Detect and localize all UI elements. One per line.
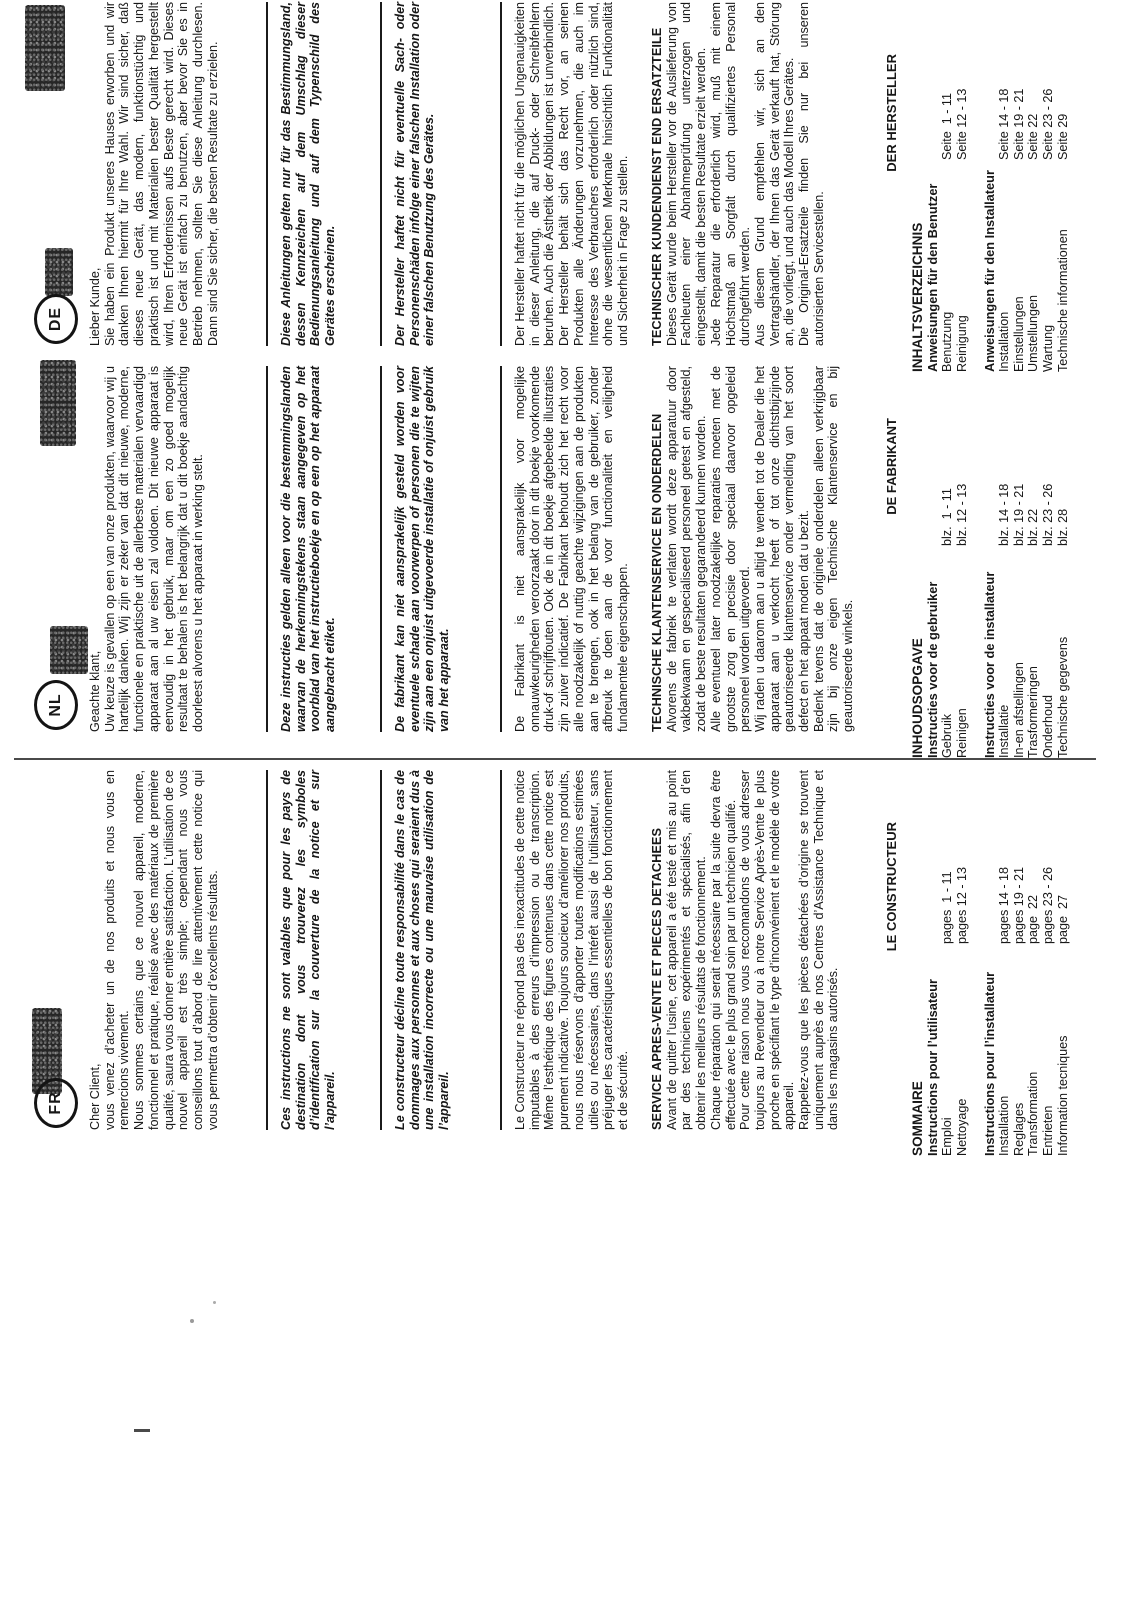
de-salutation: Lieber Kunde, xyxy=(88,2,103,346)
toc-row: In-en afstellingen blz. 19 - 21 xyxy=(1012,406,1027,758)
toc-item-label: Installatie xyxy=(997,546,1012,758)
toc-item-pages: Seite 14 - 18 xyxy=(997,89,1012,160)
toc-item-pages: pages 23 - 26 xyxy=(1041,867,1056,944)
toc-row: Trasformeringen blz. 22 xyxy=(1026,406,1041,758)
nl-note-accuracy-block: De Fabrikant is niet aansprakelijk voor … xyxy=(513,366,631,732)
de-note-accuracy: Der Hersteller haftet nicht für die mögl… xyxy=(513,2,631,346)
fr-note-accuracy: Le Constructeur ne répond pas des inexac… xyxy=(513,770,631,1130)
toc-item-label: In-en afstellingen xyxy=(1012,546,1027,758)
toc-item-label: Nettoyage xyxy=(955,944,970,1156)
toc-item-label: Umstellungen xyxy=(1026,160,1041,372)
de-intro-text: Sie haben ein Produkt unseres Hauses erw… xyxy=(103,2,221,346)
toc-row: Installatie blz. 14 - 18 xyxy=(997,406,1012,758)
de-intro-block: Lieber Kunde, Sie haben ein Produkt unse… xyxy=(88,2,220,346)
toc-item-label: Technische informationen xyxy=(1056,160,1071,372)
de-note-accuracy-block: Der Hersteller haftet nicht für die mögl… xyxy=(513,2,631,346)
nl-note-destination: Deze instructies gelden alleen voor die … xyxy=(279,366,338,732)
toc-item-label: Installation xyxy=(997,944,1012,1156)
fr-intro-text: vous venez d’acheter un de nos produits … xyxy=(103,770,221,1130)
toc-item-pages: pages 14 - 18 xyxy=(997,867,1012,944)
fr-service-body: Avant de quitter l’usine, cet appareil a… xyxy=(665,770,841,1130)
fr-toc: SOMMAIRE Instructions pour l’utilisateur… xyxy=(910,804,1070,1156)
toc-item-label: Benutzung xyxy=(940,160,955,372)
toc-item-pages: blz. 12 - 13 xyxy=(955,484,970,546)
de-toc-title: INHALTSVERZEICHNIS xyxy=(910,20,925,372)
nl-salutation: Geachte klant, xyxy=(88,366,103,732)
rule xyxy=(266,366,268,732)
language-code: NL xyxy=(47,693,65,716)
nl-intro-text: Uw keuze is gevallen op een van onze pro… xyxy=(103,366,206,732)
section-de: DE Lieber Kunde, Sie haben ein Produkt u… xyxy=(0,2,1131,346)
toc-item-label: Installation xyxy=(997,160,1012,372)
fr-toc-installer-heading: Instructions pour l’installateur xyxy=(982,804,997,1156)
rule xyxy=(380,2,382,346)
de-toc: INHALTSVERZEICHNIS Anweisungen für den B… xyxy=(910,20,1070,372)
de-note-destination-block: Diese Anleitungen gelten nur für das Bes… xyxy=(279,2,338,346)
toc-item-pages: blz. 19 - 21 xyxy=(1012,484,1027,546)
fr-intro-block: Cher Client, vous venez d’acheter un de … xyxy=(88,770,220,1130)
fr-toc-title: SOMMAIRE xyxy=(910,804,925,1156)
toc-row: Emploi pages 1 - 11 xyxy=(940,804,955,1156)
fr-note-destination: Ces instructions ne sont valables que po… xyxy=(279,770,338,1130)
rule xyxy=(500,770,502,1130)
toc-row: Technische gegevens blz. 28 xyxy=(1056,406,1071,758)
rule xyxy=(500,366,502,732)
toc-item-pages: pages 1 - 11 xyxy=(940,871,955,944)
toc-item-pages: blz. 28 xyxy=(1056,509,1071,546)
toc-item-label: Trasformeringen xyxy=(1026,546,1041,758)
toc-row: Reinigung Seite 12 - 13 xyxy=(955,20,970,372)
toc-item-pages: Seite 19 - 21 xyxy=(1012,89,1027,160)
toc-item-pages: Seite 12 - 13 xyxy=(955,89,970,160)
de-signature: DER HERSTELLER xyxy=(884,2,899,346)
language-code: DE xyxy=(47,307,65,331)
toc-row: Onderhoud blz. 23 - 26 xyxy=(1041,406,1056,758)
fr-toc-user-heading: Instructions pour l’utilisateur xyxy=(925,804,940,1156)
toc-item-label: Wartung xyxy=(1041,160,1056,372)
toc-item-pages: Seite 22 xyxy=(1026,114,1041,160)
fr-note-liability: Le constructeur décline toute responsabi… xyxy=(393,770,452,1130)
toc-row: Entrieten pages 23 - 26 xyxy=(1041,804,1056,1156)
nl-service-heading: TECHNISCHE KLANTENSERVICE EN ONDERDELEN xyxy=(650,366,665,732)
toc-item-label: Einstellungen xyxy=(1012,160,1027,372)
scan-artifact-speck xyxy=(213,1301,216,1304)
toc-item-label: Transformation xyxy=(1026,944,1041,1156)
toc-row: Transformation page 22 xyxy=(1026,804,1041,1156)
fr-salutation: Cher Client, xyxy=(88,770,103,1130)
nl-toc: INHOUDSOPGAVE Instructies voor de gebrui… xyxy=(910,406,1070,758)
section-fr: FR Cher Client, vous venez d’acheter un … xyxy=(0,770,1131,1130)
toc-item-label: Information tecniques xyxy=(1056,944,1071,1156)
nl-service-block: TECHNISCHE KLANTENSERVICE EN ONDERDELEN … xyxy=(650,366,856,732)
nl-toc-user-heading: Instructies voor de gebruiker xyxy=(925,406,940,758)
toc-item-label: Reinigung xyxy=(955,160,970,372)
nl-note-liability: De fabrikant kan niet aansprakelijk gest… xyxy=(393,366,452,732)
toc-row: Gebruik blz. 1 - 11 xyxy=(940,406,955,758)
nl-toc-installer-heading: Instructies voor de installateur xyxy=(982,406,997,758)
de-service-block: TECHNISCHER KUNDENDIENST END ERSATZTEILE… xyxy=(650,2,826,346)
toc-row: Installation Seite 14 - 18 xyxy=(997,20,1012,372)
fr-note-destination-block: Ces instructions ne sont valables que po… xyxy=(279,770,338,1130)
de-service-heading: TECHNISCHER KUNDENDIENST END ERSATZTEILE xyxy=(650,2,665,346)
fr-signature: LE CONSTRUCTEUR xyxy=(884,770,899,1130)
rule xyxy=(380,770,382,1130)
toc-item-pages: page 27 xyxy=(1056,895,1071,944)
fr-note-accuracy-block: Le Constructeur ne répond pas des inexac… xyxy=(513,770,631,1130)
toc-row: Technische informationen Seite 29 xyxy=(1056,20,1071,372)
nl-toc-title: INHOUDSOPGAVE xyxy=(910,406,925,758)
scan-artifact-speck xyxy=(190,1319,194,1323)
nl-service-body: Alvorens de fabriek te verlaten wordt de… xyxy=(665,366,856,732)
toc-item-pages: Seite 1 - 11 xyxy=(940,93,955,160)
fr-service-heading: SERVICE APRES-VENTE ET PIECES DETACHEES xyxy=(650,770,665,1130)
toc-item-pages: pages 19 - 21 xyxy=(1012,867,1027,944)
toc-row: Reinigen blz. 12 - 13 xyxy=(955,406,970,758)
language-badge-fr: FR xyxy=(34,1078,78,1128)
section-nl: NL Geachte klant, Uw keuze is gevallen o… xyxy=(0,366,1131,732)
toc-item-label: Gebruik xyxy=(940,546,955,758)
toc-item-label: Technische gegevens xyxy=(1056,546,1071,758)
nl-intro-block: Geachte klant, Uw keuze is gevallen op e… xyxy=(88,366,206,732)
scanned-manual-page: FR Cher Client, vous venez d’acheter un … xyxy=(0,0,1131,1600)
toc-item-label: Entrieten xyxy=(1041,944,1056,1156)
toc-row: Installation pages 14 - 18 xyxy=(997,804,1012,1156)
toc-item-pages: blz. 23 - 26 xyxy=(1041,484,1056,546)
fr-note-liability-block: Le constructeur décline toute responsabi… xyxy=(393,770,452,1130)
toc-item-pages: page 22 xyxy=(1026,895,1041,944)
toc-item-pages: blz. 1 - 11 xyxy=(940,488,955,546)
language-badge-nl: NL xyxy=(34,680,78,730)
language-badge-de: DE xyxy=(34,294,78,344)
de-note-liability: Der Hersteller haftet nicht für eventuel… xyxy=(393,2,437,346)
de-note-liability-block: Der Hersteller haftet nicht für eventuel… xyxy=(393,2,437,346)
toc-row: Information tecniques page 27 xyxy=(1056,804,1071,1156)
rotated-landscape-content: FR Cher Client, vous venez d’acheter un … xyxy=(0,0,1131,1600)
toc-item-label: Reglages xyxy=(1012,944,1027,1156)
column-separator-rule xyxy=(14,758,1096,760)
toc-row: Wartung Seite 23 - 26 xyxy=(1041,20,1056,372)
de-note-destination: Diese Anleitungen gelten nur für das Bes… xyxy=(279,2,338,346)
toc-item-pages: blz. 14 - 18 xyxy=(997,484,1012,546)
language-code: FR xyxy=(47,1091,65,1114)
de-toc-user-heading: Anweisungen für den Benutzer xyxy=(925,20,940,372)
toc-row: Umstellungen Seite 22 xyxy=(1026,20,1041,372)
nl-note-accuracy: De Fabrikant is niet aansprakelijk voor … xyxy=(513,366,631,732)
rule xyxy=(266,770,268,1130)
nl-note-destination-block: Deze instructies gelden alleen voor die … xyxy=(279,366,338,732)
toc-item-pages: Seite 23 - 26 xyxy=(1041,89,1056,160)
toc-row: Reglages pages 19 - 21 xyxy=(1012,804,1027,1156)
toc-row: Benutzung Seite 1 - 11 xyxy=(940,20,955,372)
toc-row: Einstellungen Seite 19 - 21 xyxy=(1012,20,1027,372)
scan-artifact-dash xyxy=(134,1429,150,1432)
toc-row: Nettoyage pages 12 - 13 xyxy=(955,804,970,1156)
toc-item-label: Reinigen xyxy=(955,546,970,758)
toc-item-pages: Seite 29 xyxy=(1056,114,1071,160)
nl-signature: DE FABRIKANT xyxy=(884,366,899,732)
de-toc-installer-heading: Anweisungen für den Installateur xyxy=(982,20,997,372)
toc-item-pages: pages 12 - 13 xyxy=(955,867,970,944)
rule xyxy=(500,2,502,346)
toc-item-label: Onderhoud xyxy=(1041,546,1056,758)
nl-note-liability-block: De fabrikant kan niet aansprakelijk gest… xyxy=(393,366,452,732)
toc-item-label: Emploi xyxy=(940,944,955,1156)
fr-service-block: SERVICE APRES-VENTE ET PIECES DETACHEES … xyxy=(650,770,841,1130)
rule xyxy=(380,366,382,732)
rule xyxy=(266,2,268,346)
de-service-body: Dieses Gerät wurde beim Hersteller vor d… xyxy=(665,2,827,346)
toc-item-pages: blz. 22 xyxy=(1026,509,1041,546)
